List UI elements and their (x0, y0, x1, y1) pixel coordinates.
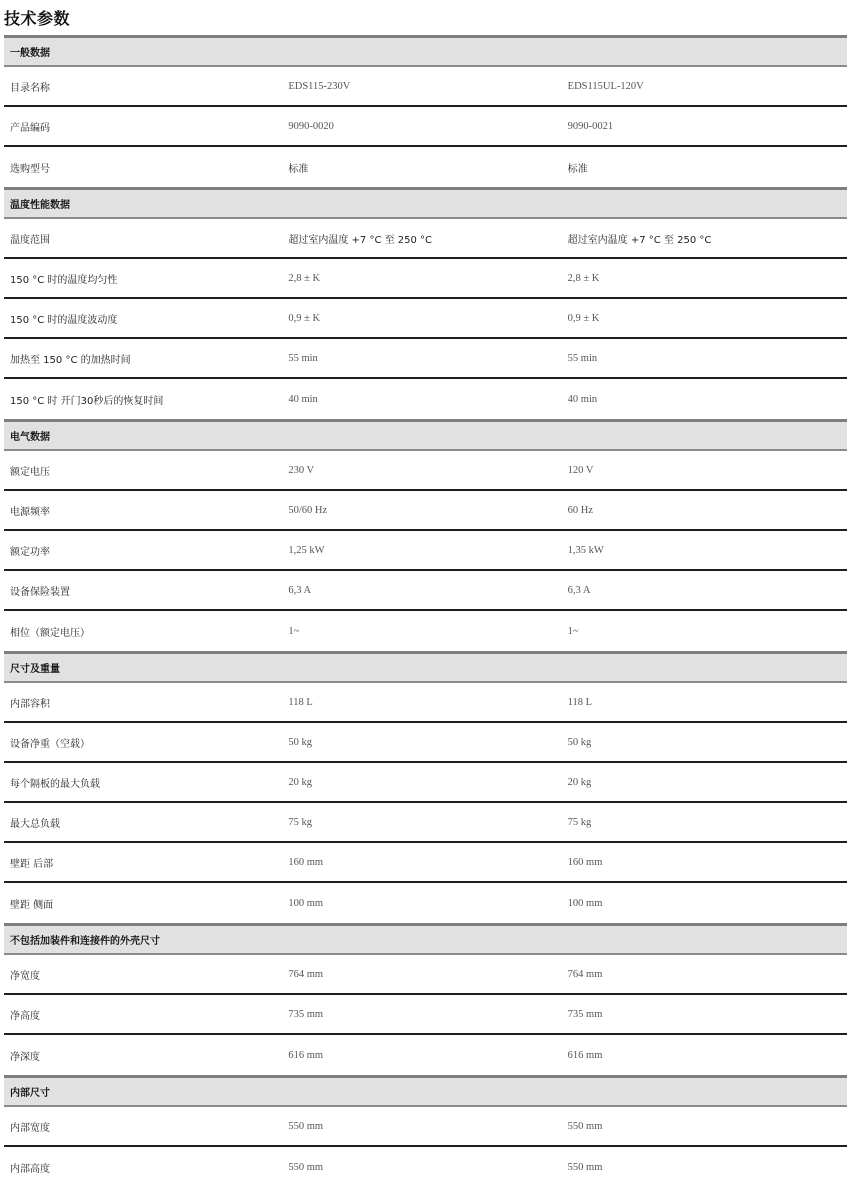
value-120v: 20 kg (568, 777, 847, 788)
value-120v: 735 mm (568, 1009, 847, 1020)
section-header: 一般数据 (4, 35, 847, 67)
parameter-label: 150 °C 时 开门30秒后的恢复时间 (4, 392, 288, 407)
value-230v: 1~ (288, 626, 567, 637)
parameter-label: 选购型号 (4, 160, 288, 175)
table-row: 150 °C 时的温度波动度0,9 ± K0,9 ± K (4, 299, 847, 339)
value-120v: 160 mm (568, 857, 847, 868)
value-230v: 1,25 kW (288, 545, 567, 556)
parameter-label: 壁距 侧面 (4, 896, 288, 911)
section-header: 电气数据 (4, 419, 847, 451)
value-120v: 550 mm (568, 1121, 847, 1132)
table-row: 额定功率1,25 kW1,35 kW (4, 531, 847, 571)
parameter-label: 内部宽度 (4, 1119, 288, 1134)
parameter-label: 额定功率 (4, 543, 288, 558)
section-title: 不包括加装件和连接件的外壳尺寸 (10, 932, 160, 947)
value-120v: 6,3 A (568, 585, 847, 596)
section-header: 不包括加装件和连接件的外壳尺寸 (4, 923, 847, 955)
value-120v: 9090-0021 (568, 121, 847, 132)
table-row: 加热至 150 °C 的加热时间55 min55 min (4, 339, 847, 379)
value-230v: 55 min (288, 353, 567, 364)
value-230v: 550 mm (288, 1162, 567, 1173)
value-120v: 616 mm (568, 1050, 847, 1061)
parameter-label: 150 °C 时的温度波动度 (4, 311, 288, 326)
table-row: 150 °C 时的温度均匀性2,8 ± K2,8 ± K (4, 259, 847, 299)
table-row: 选购型号标准标准 (4, 147, 847, 187)
section-title: 尺寸及重量 (10, 660, 60, 675)
value-230v: 616 mm (288, 1050, 567, 1061)
section-title: 一般数据 (10, 44, 50, 59)
table-row: 净深度616 mm616 mm (4, 1035, 847, 1075)
parameter-label: 产品编码 (4, 119, 288, 134)
parameter-label: 净深度 (4, 1048, 288, 1063)
section-title: 温度性能数据 (10, 196, 70, 211)
parameter-label: 每个隔板的最大负载 (4, 775, 288, 790)
parameter-label: 加热至 150 °C 的加热时间 (4, 351, 288, 366)
value-230v: 20 kg (288, 777, 567, 788)
parameter-label: 壁距 后部 (4, 855, 288, 870)
value-120v: 2,8 ± K (568, 273, 847, 284)
table-row: 温度范围超过室内温度 +7 °C 至 250 °C超过室内温度 +7 °C 至 … (4, 219, 847, 259)
value-230v: 550 mm (288, 1121, 567, 1132)
value-120v: 118 L (568, 697, 847, 708)
value-120v: 0,9 ± K (568, 313, 847, 324)
table-row: 壁距 后部160 mm160 mm (4, 843, 847, 883)
spec-table: 一般数据目录名称EDS115-230VEDS115UL-120V产品编码9090… (4, 35, 847, 1183)
parameter-label: 电源频率 (4, 503, 288, 518)
value-120v: 60 Hz (568, 505, 847, 516)
table-row: 壁距 侧面100 mm100 mm (4, 883, 847, 923)
table-row: 内部宽度550 mm550 mm (4, 1107, 847, 1147)
value-120v: 1~ (568, 626, 847, 637)
value-230v: 0,9 ± K (288, 313, 567, 324)
value-230v: 100 mm (288, 898, 567, 909)
value-120v: 764 mm (568, 969, 847, 980)
value-120v: 1,35 kW (568, 545, 847, 556)
table-row: 内部高度550 mm550 mm (4, 1147, 847, 1183)
table-row: 相位（额定电压）1~1~ (4, 611, 847, 651)
table-row: 设备保险装置6,3 A6,3 A (4, 571, 847, 611)
section-header: 尺寸及重量 (4, 651, 847, 683)
parameter-label: 150 °C 时的温度均匀性 (4, 271, 288, 286)
value-230v: 735 mm (288, 1009, 567, 1020)
section-header: 温度性能数据 (4, 187, 847, 219)
table-row: 产品编码9090-00209090-0021 (4, 107, 847, 147)
table-row: 150 °C 时 开门30秒后的恢复时间40 min40 min (4, 379, 847, 419)
table-row: 电源频率50/60 Hz60 Hz (4, 491, 847, 531)
value-120v: 550 mm (568, 1162, 847, 1173)
value-230v: 160 mm (288, 857, 567, 868)
section-title: 电气数据 (10, 428, 50, 443)
value-120v: 100 mm (568, 898, 847, 909)
value-230v: 230 V (288, 465, 567, 476)
parameter-label: 净高度 (4, 1007, 288, 1022)
value-230v: 6,3 A (288, 585, 567, 596)
table-row: 目录名称EDS115-230VEDS115UL-120V (4, 67, 847, 107)
value-120v: 75 kg (568, 817, 847, 828)
value-120v: 标准 (568, 160, 847, 175)
value-230v: 40 min (288, 394, 567, 405)
value-230v: EDS115-230V (288, 81, 567, 92)
parameter-label: 内部容积 (4, 695, 288, 710)
value-230v: 764 mm (288, 969, 567, 980)
parameter-label: 内部高度 (4, 1160, 288, 1175)
parameter-label: 目录名称 (4, 79, 288, 94)
parameter-label: 净宽度 (4, 967, 288, 982)
table-row: 每个隔板的最大负载20 kg20 kg (4, 763, 847, 803)
value-230v: 9090-0020 (288, 121, 567, 132)
value-230v: 2,8 ± K (288, 273, 567, 284)
value-230v: 超过室内温度 +7 °C 至 250 °C (288, 231, 567, 246)
parameter-label: 相位（额定电压） (4, 624, 288, 639)
page-title: 技术参数 (4, 6, 70, 29)
value-120v: 120 V (568, 465, 847, 476)
value-120v: 40 min (568, 394, 847, 405)
table-row: 净高度735 mm735 mm (4, 995, 847, 1035)
table-row: 最大总负载75 kg75 kg (4, 803, 847, 843)
value-120v: EDS115UL-120V (568, 81, 847, 92)
parameter-label: 温度范围 (4, 231, 288, 246)
value-230v: 标准 (288, 160, 567, 175)
parameter-label: 设备净重（空载） (4, 735, 288, 750)
parameter-label: 设备保险装置 (4, 583, 288, 598)
parameter-label: 额定电压 (4, 463, 288, 478)
table-row: 净宽度764 mm764 mm (4, 955, 847, 995)
value-120v: 超过室内温度 +7 °C 至 250 °C (568, 231, 847, 246)
parameter-label: 最大总负载 (4, 815, 288, 830)
table-row: 额定电压230 V120 V (4, 451, 847, 491)
value-230v: 50/60 Hz (288, 505, 567, 516)
section-header: 内部尺寸 (4, 1075, 847, 1107)
value-230v: 50 kg (288, 737, 567, 748)
value-230v: 75 kg (288, 817, 567, 828)
value-120v: 55 min (568, 353, 847, 364)
section-title: 内部尺寸 (10, 1084, 50, 1099)
value-120v: 50 kg (568, 737, 847, 748)
table-row: 设备净重（空载）50 kg50 kg (4, 723, 847, 763)
value-230v: 118 L (288, 697, 567, 708)
table-row: 内部容积118 L118 L (4, 683, 847, 723)
